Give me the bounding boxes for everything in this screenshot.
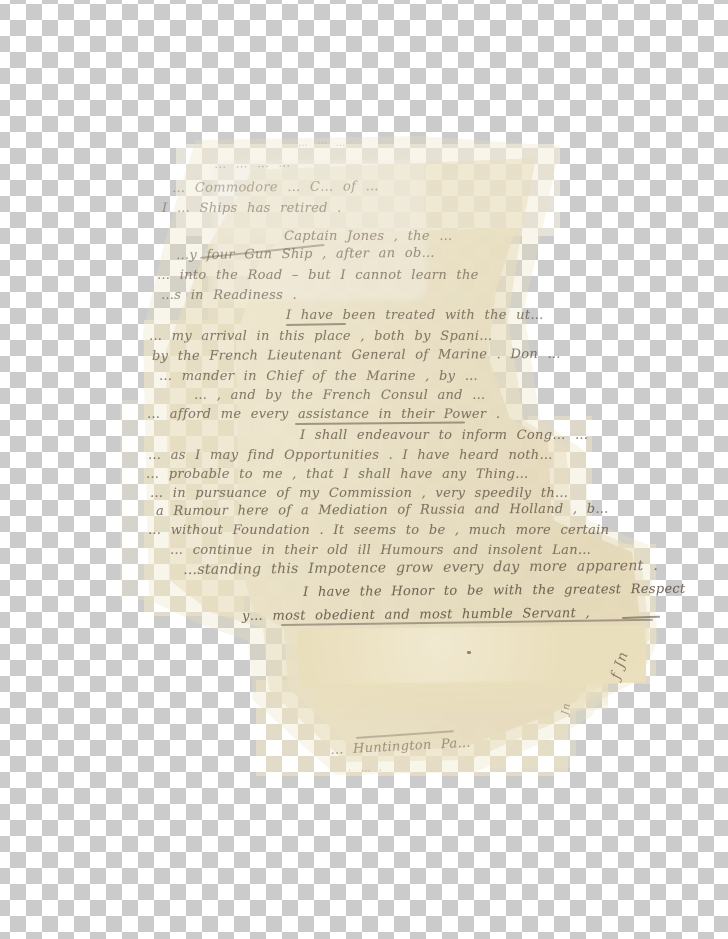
image-canvas: … ⋯ …… … … …… Commodore … C… of …I … Shi… — [0, 0, 728, 939]
paper-bottom-strip — [298, 625, 647, 688]
paper-pale-patch — [212, 160, 426, 300]
paper-bottom-strip-fade — [316, 679, 608, 714]
